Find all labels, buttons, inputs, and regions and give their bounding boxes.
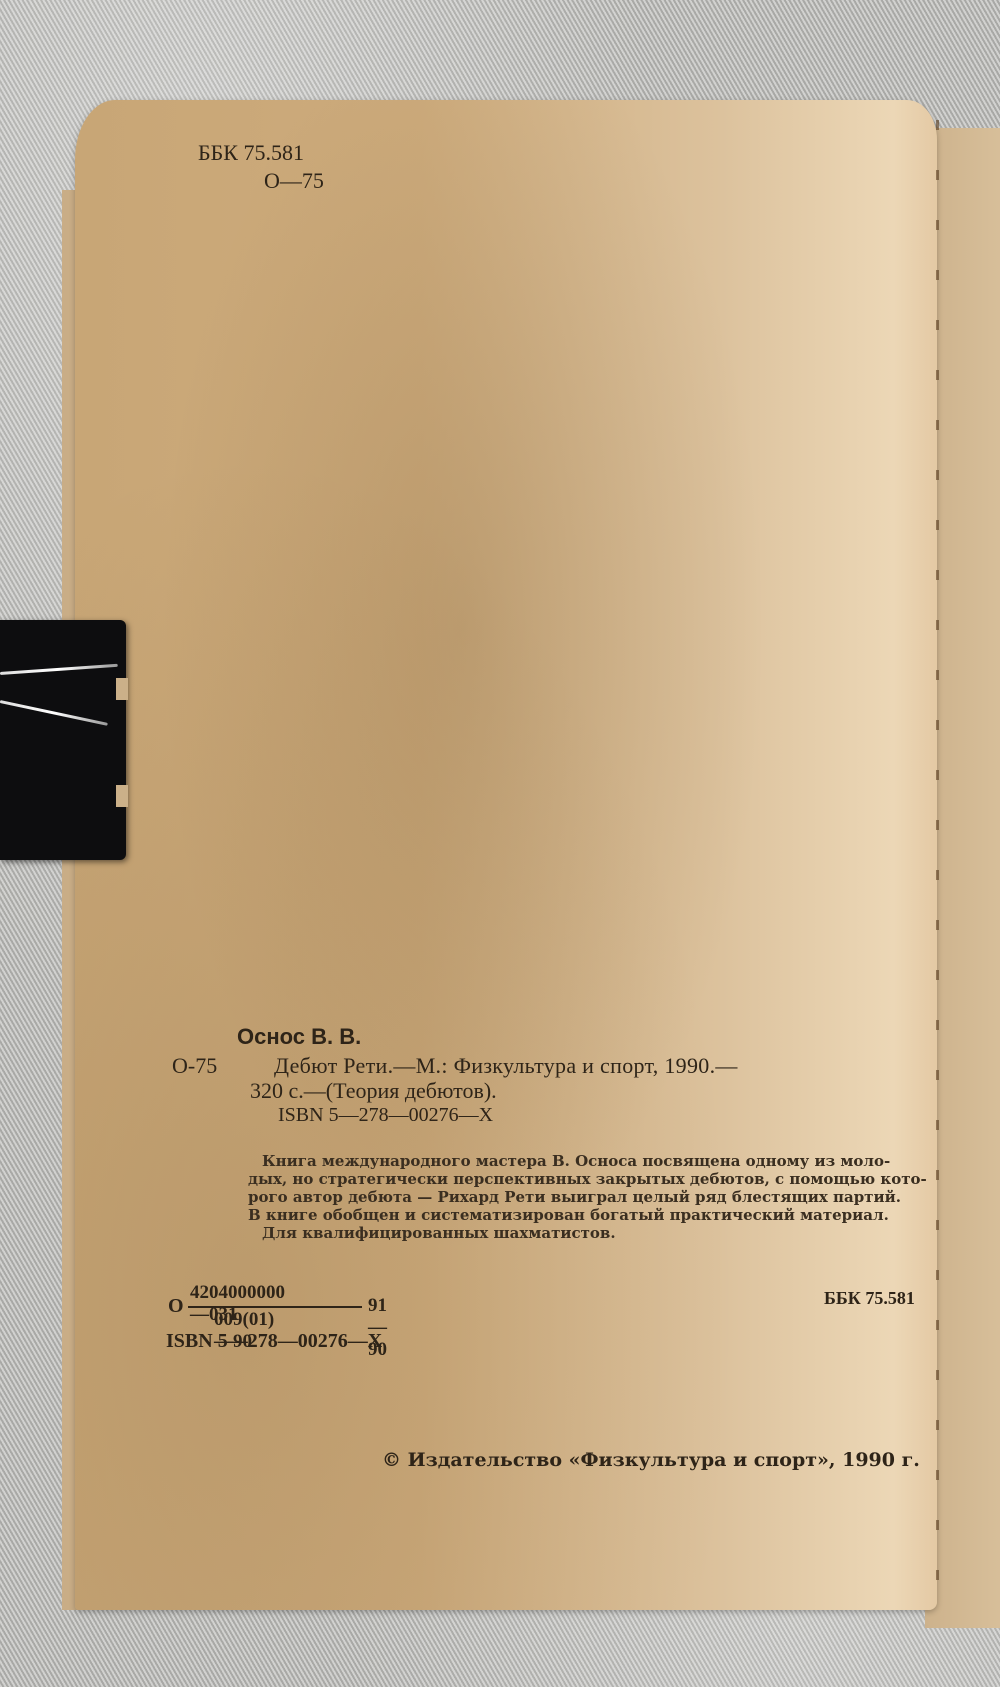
annotation-paragraph: Книга международного мастера В. Осноса п… xyxy=(262,1152,927,1242)
annotation-line: Книга международного мастера В. Осноса п… xyxy=(262,1152,927,1170)
title-line: Дебют Рети.—М.: Физкультура и спорт, 199… xyxy=(274,1053,738,1079)
clip-wire xyxy=(0,664,118,675)
book-page xyxy=(75,100,937,1610)
annotation-line: рого автор дебюта — Рихард Рети выиграл … xyxy=(248,1188,927,1206)
bbk-imprint: ББК 75.581 xyxy=(824,1288,915,1309)
clip-notch xyxy=(116,678,128,700)
imprint-prefix: О xyxy=(168,1295,184,1318)
binder-clip xyxy=(0,620,126,860)
isbn-record: ISBN 5—278—00276—X xyxy=(278,1104,493,1127)
annotation-line: В книге обобщен и систематизирован богат… xyxy=(248,1206,927,1224)
annotation-line: Для квалифицированных шахматистов. xyxy=(262,1224,927,1242)
clip-wire xyxy=(0,700,108,726)
isbn-imprint: ISBN 5—278—00276—X xyxy=(166,1330,382,1353)
fraction-bar xyxy=(188,1306,362,1308)
page-torn-edge xyxy=(936,120,939,1600)
bbk-classification: ББК 75.581 xyxy=(198,140,304,166)
annotation-line: дых, но стратегически перспективных закр… xyxy=(248,1170,927,1188)
author-mark: О—75 xyxy=(264,168,324,194)
clip-notch xyxy=(116,785,128,807)
pages-line: 320 с.—(Теория дебютов). xyxy=(250,1078,497,1104)
author-name: Оснос В. В. xyxy=(237,1024,361,1050)
call-number: О-75 xyxy=(172,1053,217,1079)
copyright-notice: © Издательство «Физкультура и спорт», 19… xyxy=(382,1449,920,1471)
